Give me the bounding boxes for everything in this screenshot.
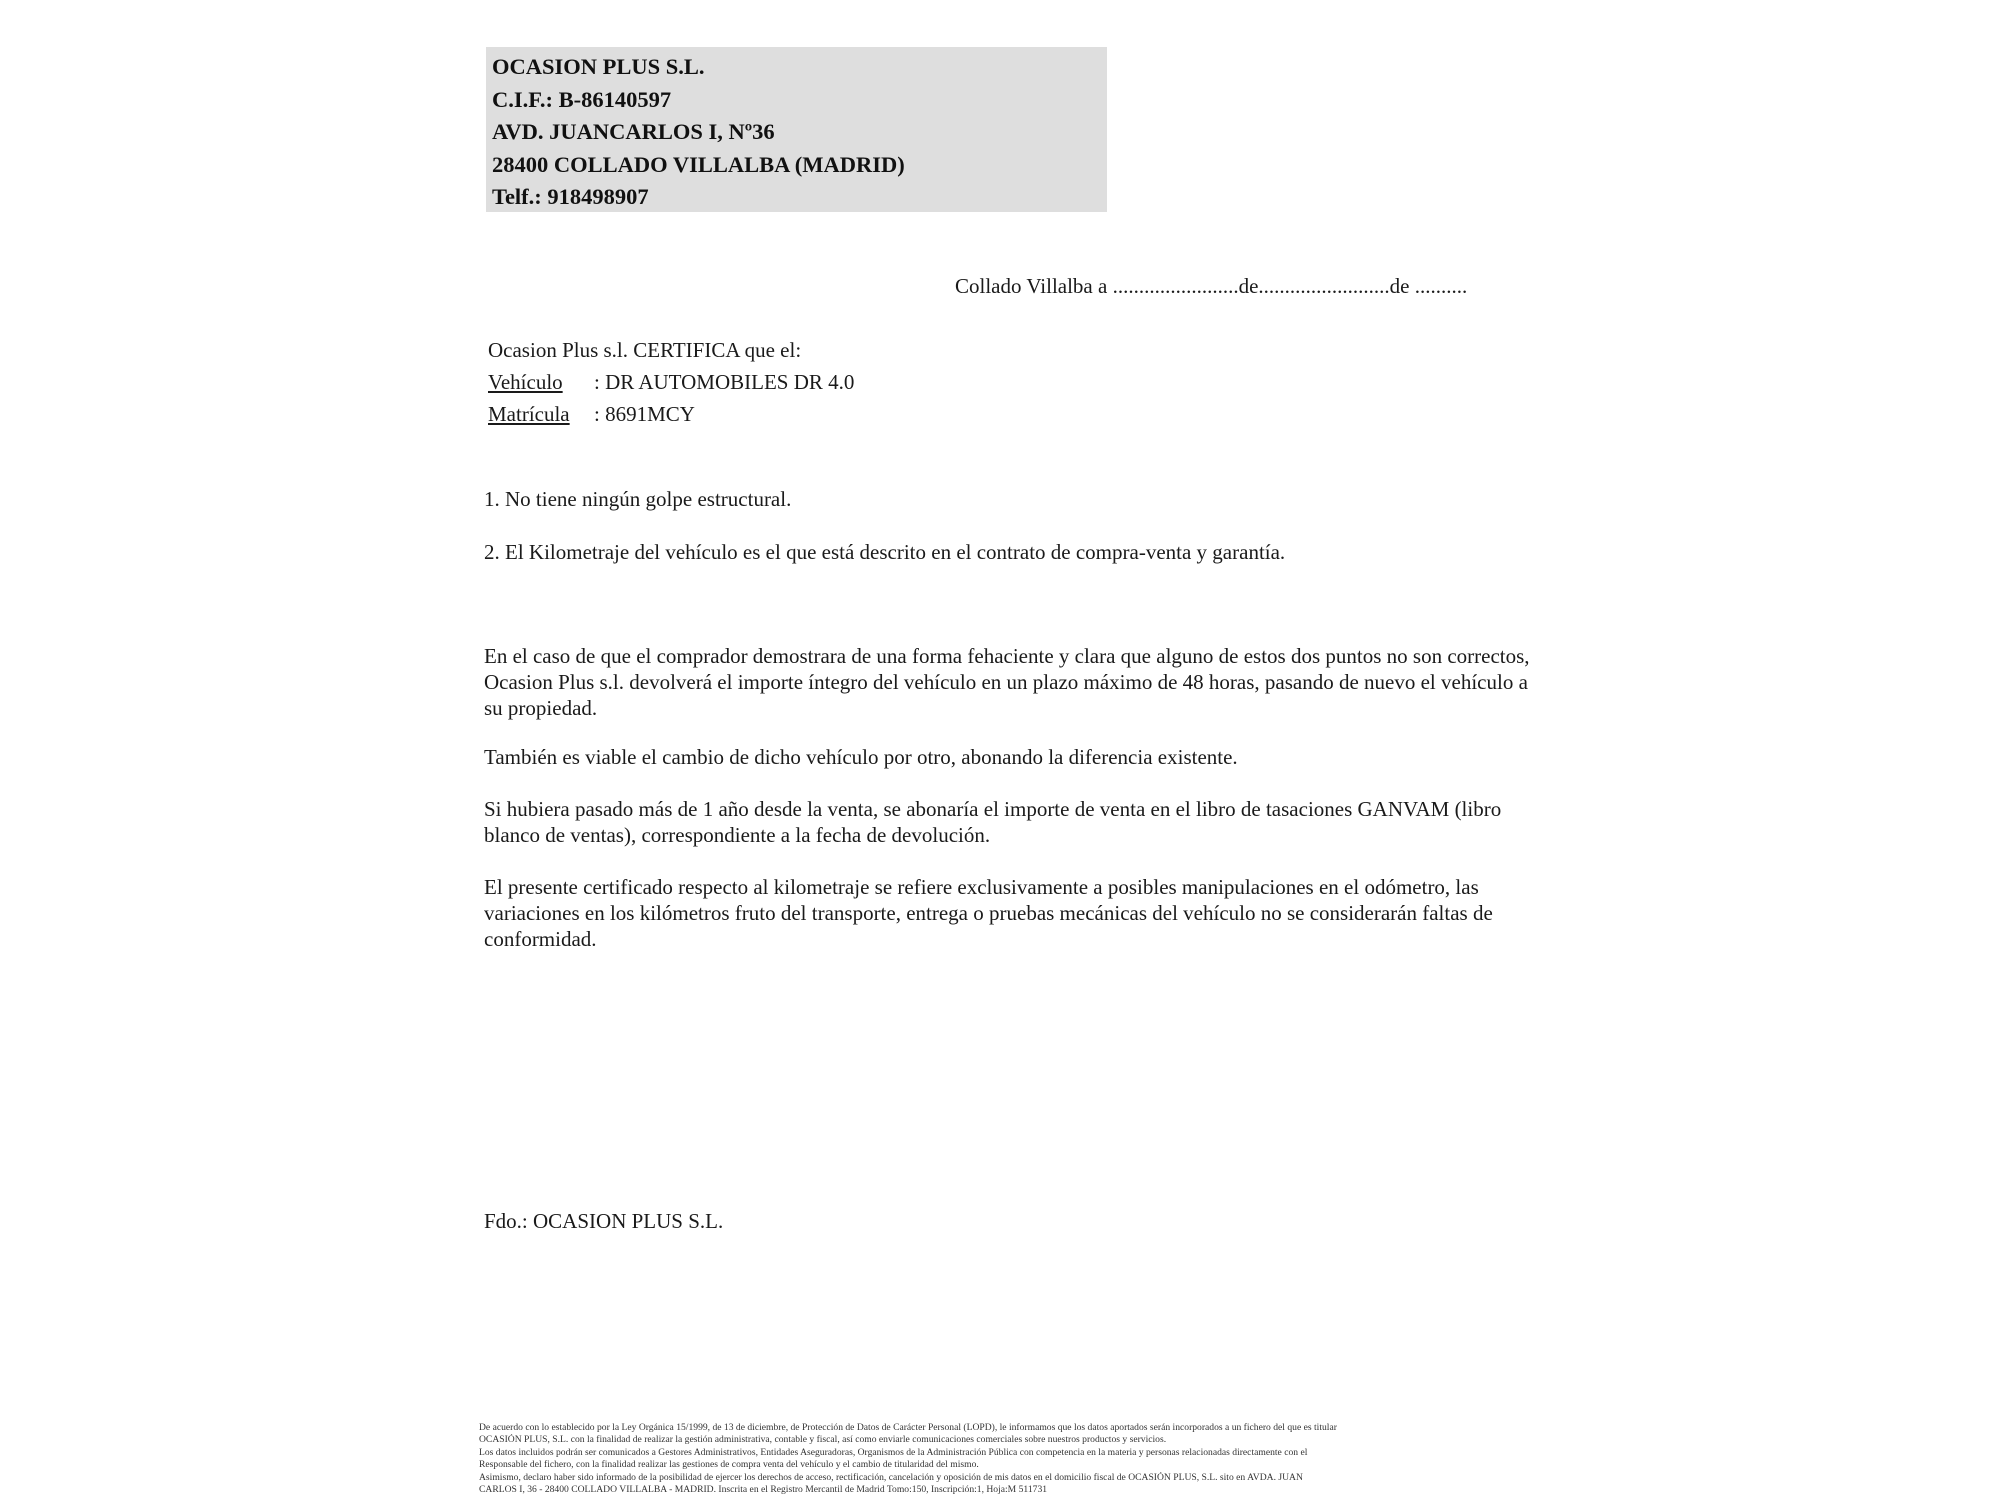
footer-line: Responsable del fichero, con la finalida…	[479, 1459, 1569, 1471]
company-city: 28400 COLLADO VILLALBA (MADRID)	[492, 149, 1107, 182]
footer-line: CARLOS I, 36 - 28400 COLLADO VILLALBA - …	[479, 1484, 1569, 1496]
date-line: Collado Villalba a .....................…	[955, 274, 1467, 299]
signature-line: Fdo.: OCASION PLUS S.L.	[484, 1209, 723, 1234]
footer-line: Los datos incluidos podrán ser comunicad…	[479, 1447, 1569, 1459]
paragraph-odometer: El presente certificado respecto al kilo…	[484, 874, 1544, 952]
vehicle-value: : DR AUTOMOBILES DR 4.0	[594, 370, 854, 394]
company-phone: Telf.: 918498907	[492, 181, 1107, 214]
footer-line: De acuerdo con lo establecido por la Ley…	[479, 1422, 1569, 1434]
certification-block: Ocasion Plus s.l. CERTIFICA que el: Vehí…	[488, 334, 854, 430]
paragraph-exchange: También es viable el cambio de dicho veh…	[484, 744, 1544, 770]
vehicle-label: Vehículo	[488, 366, 594, 398]
company-header-box: OCASION PLUS S.L. C.I.F.: B-86140597 AVD…	[486, 47, 1107, 212]
vehicle-row: Vehículo: DR AUTOMOBILES DR 4.0	[488, 366, 854, 398]
point-2: 2. El Kilometraje del vehículo es el que…	[484, 540, 1285, 565]
plate-row: Matrícula: 8691MCY	[488, 398, 854, 430]
company-cif: C.I.F.: B-86140597	[492, 84, 1107, 117]
plate-label: Matrícula	[488, 398, 594, 430]
legal-footer: De acuerdo con lo establecido por la Ley…	[479, 1422, 1569, 1496]
plate-value: : 8691MCY	[594, 402, 695, 426]
footer-line: Asimismo, declaro haber sido informado d…	[479, 1472, 1569, 1484]
footer-line: OCASIÓN PLUS, S.L. con la finalidad de r…	[479, 1434, 1569, 1446]
point-1: 1. No tiene ningún golpe estructural.	[484, 487, 791, 512]
company-address: AVD. JUANCARLOS I, Nº36	[492, 116, 1107, 149]
certification-intro: Ocasion Plus s.l. CERTIFICA que el:	[488, 334, 854, 366]
company-name: OCASION PLUS S.L.	[492, 51, 1107, 84]
paragraph-ganvam: Si hubiera pasado más de 1 año desde la …	[484, 796, 1544, 848]
paragraph-refund: En el caso de que el comprador demostrar…	[484, 643, 1544, 721]
certificate-page: OCASION PLUS S.L. C.I.F.: B-86140597 AVD…	[0, 0, 2000, 1500]
